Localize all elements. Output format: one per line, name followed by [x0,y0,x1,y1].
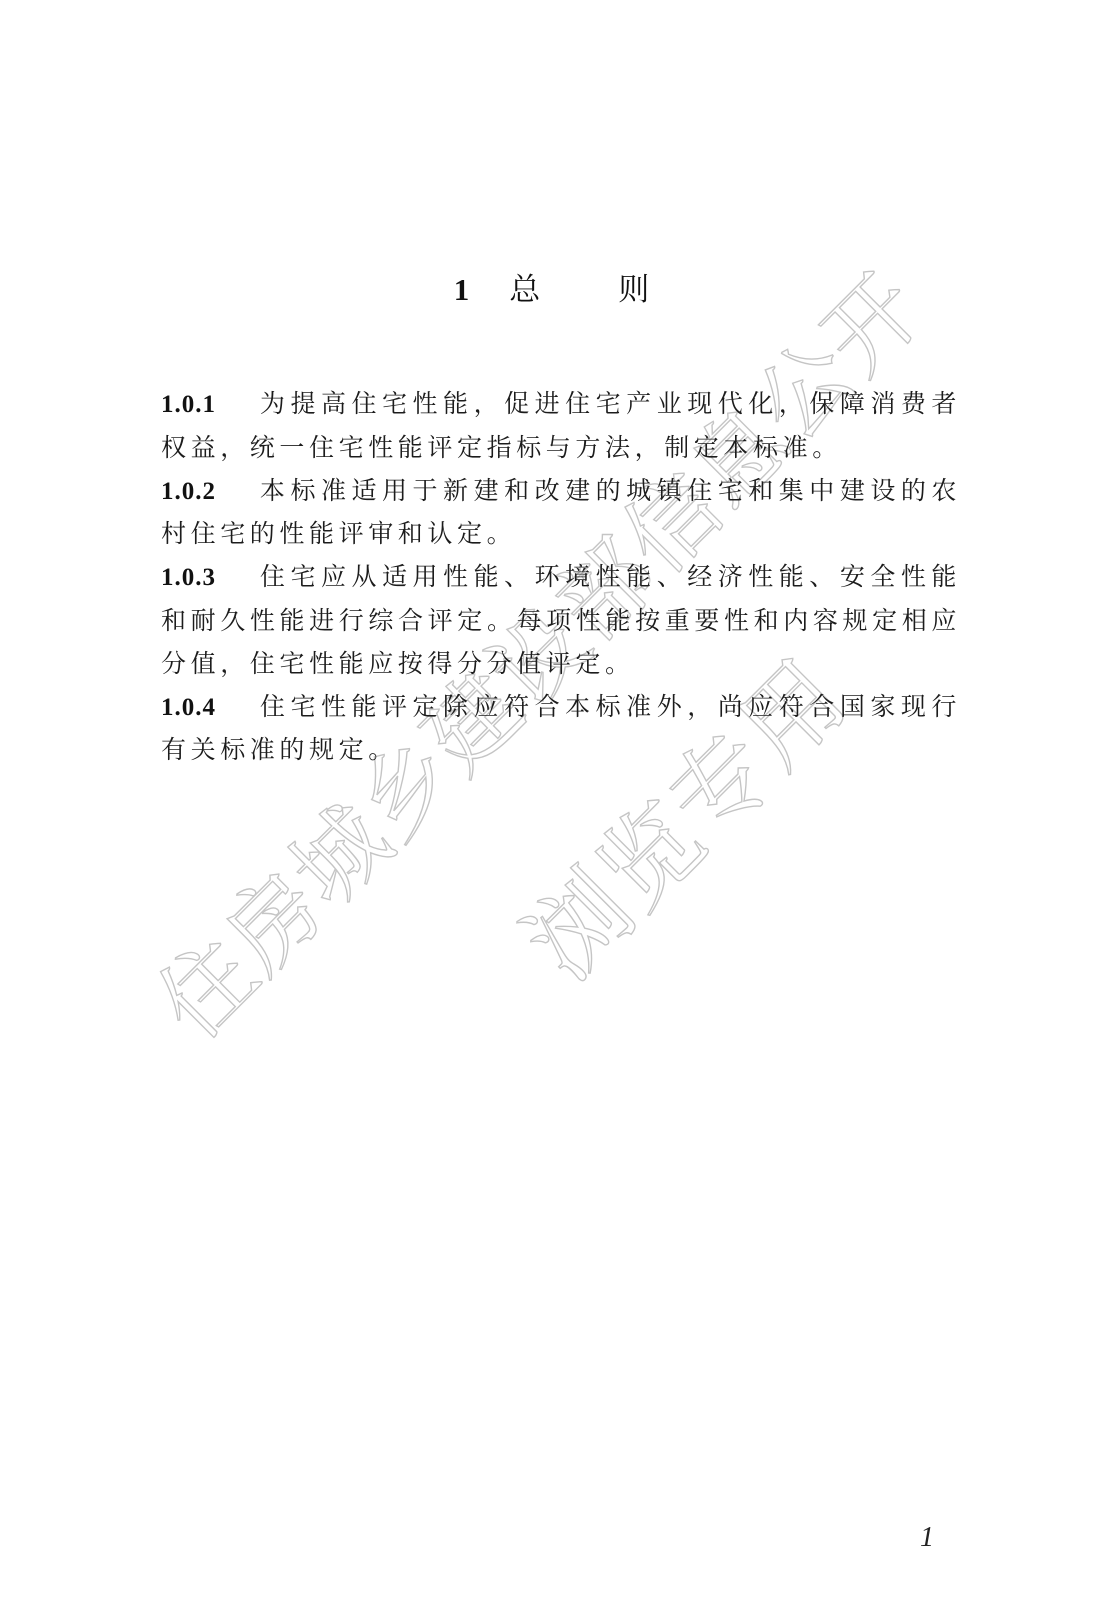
chapter-number: 1 [454,270,470,310]
clause-1-0-2: 1.0.2本标准适用于新建和改建的城镇住宅和集中建设的农村住宅的性能评审和认定。 [161,470,961,557]
clause-text: 住宅应从适用性能、环境性能、经济性能、安全性能和耐久性能进行综合评定。每项性能按… [161,562,961,678]
document-page: 住房城乡建设部信息公开 浏览专用 1总则 1.0.1为提高住宅性能，促进住宅产业… [0,0,1103,1598]
clause-number: 1.0.1 [161,384,259,427]
clause-number: 1.0.2 [161,471,259,514]
clause-text: 为提高住宅性能，促进住宅产业现代化，保障消费者权益，统一住宅性能评定指标与方法，… [161,389,961,462]
clause-1-0-3: 1.0.3住宅应从适用性能、环境性能、经济性能、安全性能和耐久性能进行综合评定。… [161,556,961,685]
chapter-title-char-1: 总 [509,270,540,310]
chapter-title: 1总则 [0,270,1103,310]
page-number: 1 [920,1522,934,1554]
clause-number: 1.0.4 [161,687,259,730]
chapter-title-char-2: 则 [618,272,649,308]
clause-1-0-1: 1.0.1为提高住宅性能，促进住宅产业现代化，保障消费者权益，统一住宅性能评定指… [161,383,961,470]
clause-1-0-4: 1.0.4住宅性能评定除应符合本标准外，尚应符合国家现行有关标准的规定。 [161,686,961,773]
clause-number: 1.0.3 [161,557,259,600]
chapter-body: 1.0.1为提高住宅性能，促进住宅产业现代化，保障消费者权益，统一住宅性能评定指… [161,383,961,772]
clause-text: 本标准适用于新建和改建的城镇住宅和集中建设的农村住宅的性能评审和认定。 [161,476,961,549]
clause-text: 住宅性能评定除应符合本标准外，尚应符合国家现行有关标准的规定。 [161,692,961,765]
